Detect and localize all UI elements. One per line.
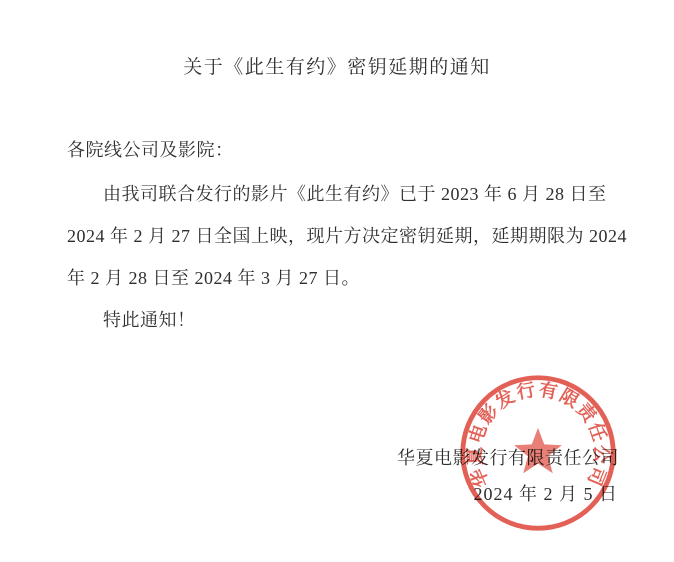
company-signature: 华夏电影发行有限责任公司: [397, 444, 619, 470]
issue-date: 2024 年 2 月 5 日: [474, 480, 619, 506]
body-line: 2024 年 2 月 27 日全国上映，现片方决定密钥延期，延期期限为 2024: [67, 222, 627, 248]
salutation: 各院线公司及影院：: [67, 136, 234, 162]
notice-document: 关于《此生有约》密钥延期的通知 各院线公司及影院： 由我司联合发行的影片《此生有…: [0, 0, 674, 562]
body-line: 年 2 月 28 日至 2024 年 3 月 27 日。: [67, 264, 360, 290]
notice-title: 关于《此生有约》密钥延期的通知: [0, 52, 674, 79]
seal-text: 华夏电影发行有限责任公司: [464, 378, 612, 490]
body-line: 由我司联合发行的影片《此生有约》已于 2023 年 6 月 28 日至: [103, 180, 607, 206]
closing-line: 特此通知！: [103, 306, 196, 332]
seal-curved-text: 华夏电影发行有限责任公司: [464, 378, 612, 490]
